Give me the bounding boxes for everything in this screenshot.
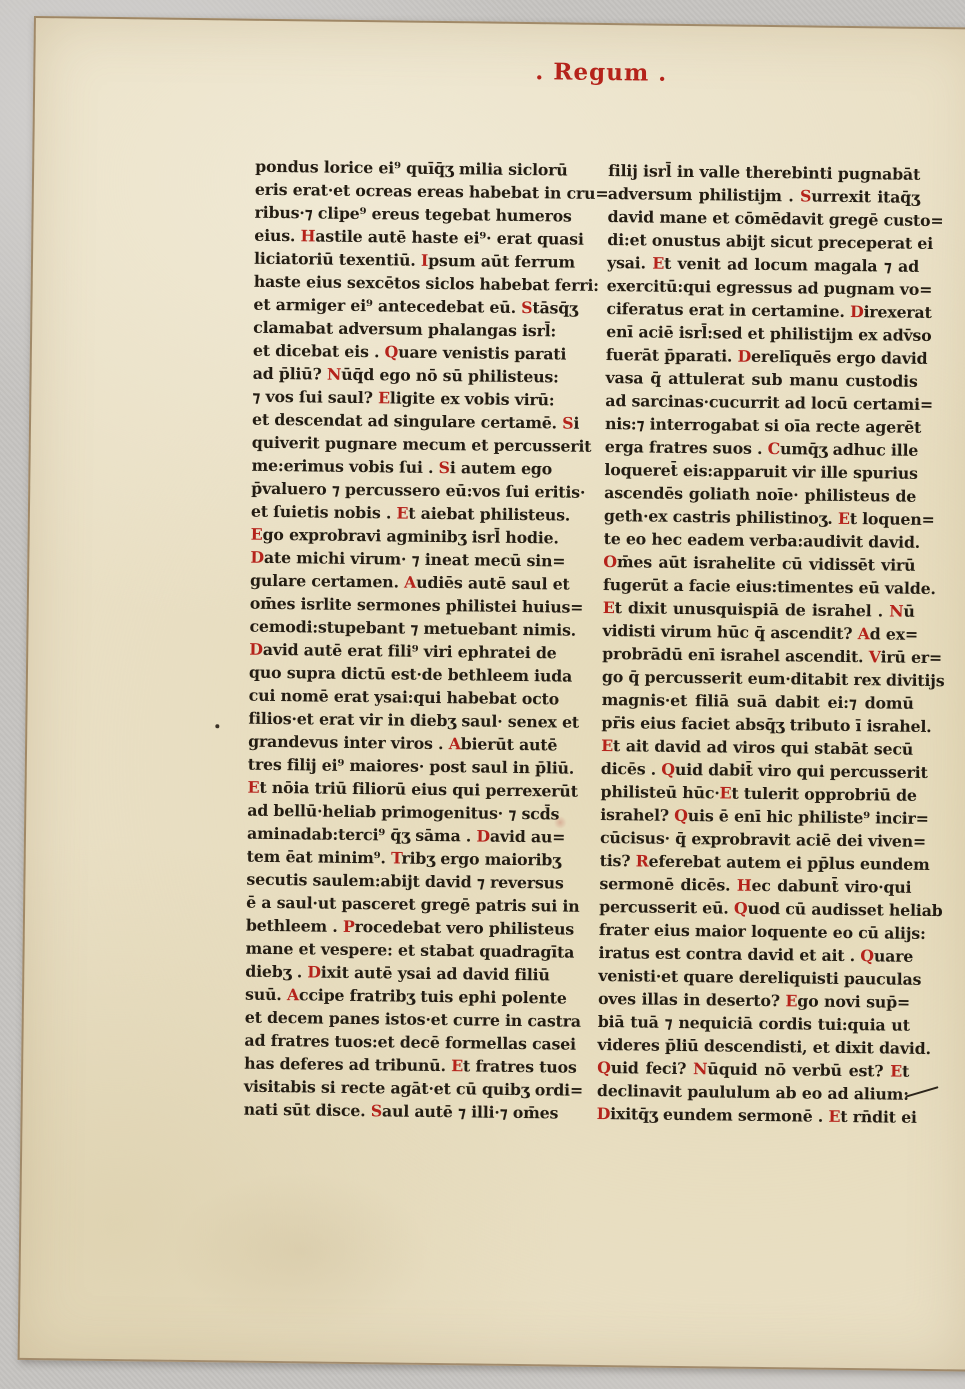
line-text: go novi sup̄= bbox=[797, 991, 910, 1011]
line-text: ad p̄liū? bbox=[253, 364, 328, 384]
line-text: me:erimus vobis ſui . bbox=[251, 456, 438, 477]
line-text: avid autē erat fili⁹ viri ephratei de bbox=[263, 640, 557, 663]
line-text: grandevus inter viros . bbox=[248, 732, 449, 753]
rubricated-initial: D bbox=[307, 962, 321, 981]
line-text: percusserit eū. bbox=[599, 897, 734, 918]
line-text: et dicebat eis . bbox=[253, 341, 385, 362]
line-text: ūquid nō verbū est? bbox=[707, 1059, 890, 1080]
line-text: loqueret̄ eis:apparuit vir ille spurius bbox=[604, 460, 918, 483]
line-text: eferebat autem ei pp̄lus eundem bbox=[648, 852, 929, 874]
line-text: filios·et erat vir in diebʒ saul· senex … bbox=[248, 709, 579, 732]
rubricated-initial: E bbox=[247, 778, 259, 797]
line-text: ccipe fratribʒ tuis ephi polente bbox=[299, 985, 567, 1007]
scanner-background: . Regum . pondus lorice ei⁹ quīq̄ʒ milia… bbox=[0, 0, 965, 1389]
line-text: tāsq̄ʒ bbox=[532, 298, 578, 318]
rubricated-initial: A bbox=[858, 624, 870, 643]
line-text: di:et onustus abijt sicut preceperat ei bbox=[607, 230, 933, 253]
line-text: vidisti virum hūc q̄ ascendit? bbox=[602, 621, 857, 643]
rubricated-initial: R bbox=[636, 851, 649, 870]
pen-stroke bbox=[905, 1086, 938, 1097]
line-text: go exprobravi agminibʒ isrl̄ hodie. bbox=[262, 525, 558, 548]
line-text: aminadab:terci⁹ q̄ʒ sāma . bbox=[247, 824, 477, 846]
rubricated-initial: N bbox=[693, 1059, 707, 1078]
line-text: oves illas in deserto? bbox=[598, 989, 786, 1010]
line-text: uid dabit̄ viro qui percusserit bbox=[675, 760, 928, 782]
line-text: nati sūt disce. bbox=[244, 1100, 371, 1121]
line-text: ribus·⁊ clipe⁹ ereus tegebat humeros bbox=[255, 203, 572, 226]
text-line: nati sūt disce. Saul autē ⁊ illi·⁊ om̄es bbox=[244, 1098, 544, 1125]
line-text: visitabis si recte agāt·et cū quibʒ ordi… bbox=[244, 1077, 583, 1100]
line-text: m̄es aūt israhelite cū vidissēt virū bbox=[617, 552, 916, 575]
line-text: diebʒ . bbox=[245, 962, 307, 982]
rubricated-initial: E bbox=[251, 525, 263, 544]
line-text: ad fratres tuos:et decē formellas casei bbox=[244, 1031, 576, 1054]
line-text: tis? bbox=[600, 851, 636, 870]
rubricated-initial: S bbox=[562, 413, 573, 432]
line-text: fugerūt a facie eius:timentes eū valde. bbox=[603, 575, 936, 598]
line-text: geth·ex castris philistinoʒ. bbox=[604, 506, 838, 528]
line-text: ixit autē ysai ad david filiū bbox=[321, 963, 550, 985]
line-text: t rn̄dit ei bbox=[840, 1107, 917, 1127]
line-text: cūcisus· q̄ exprobravit aciē dei viven= bbox=[600, 828, 926, 851]
rubricated-initial: S bbox=[371, 1101, 382, 1120]
text-line: Dixitq̄ʒ eundem sermonē . Et rn̄dit ei bbox=[596, 1102, 908, 1129]
line-text: irexerat bbox=[863, 302, 931, 322]
line-text: eius. bbox=[254, 226, 300, 246]
line-text: t dixit unusquispiā de israhel . bbox=[615, 598, 890, 620]
line-text: cui nomē erat ysai:qui habebat octo bbox=[249, 686, 560, 709]
parchment-discoloration bbox=[170, 1170, 432, 1333]
rubricated-initial: E bbox=[451, 1056, 463, 1075]
line-text: mane et vespere: et stabat quadragīta bbox=[246, 939, 575, 962]
line-text: rocedebat vero philisteus bbox=[354, 917, 574, 939]
line-text: filij isrl̄ in valle therebinti pugnabāt bbox=[608, 161, 920, 184]
line-text: et ſuietis nobis . bbox=[251, 502, 397, 523]
rubricated-initial: D bbox=[850, 302, 864, 321]
line-text: t loquen= bbox=[850, 509, 935, 529]
line-text: tres filij ei⁹ maiores· post saul in p̄l… bbox=[248, 755, 575, 778]
line-text: david mane et cōmēdavit gregē custo= bbox=[607, 207, 943, 230]
line-text: frater eius maior loquente eo cū alijs: bbox=[599, 920, 926, 943]
text-column-right: filij isrl̄ in valle therebinti pugnabāt… bbox=[596, 159, 920, 1129]
line-text: fuerāt p̄parati. bbox=[606, 345, 738, 366]
line-text: ⁊ vos ſui saul? bbox=[252, 387, 378, 408]
rubricated-initial: Q bbox=[674, 806, 688, 825]
rubricated-initial: D bbox=[476, 826, 490, 845]
text-column-left: pondus lorice ei⁹ quīq̄ʒ milia siclorūer… bbox=[244, 155, 556, 1125]
line-text: tem ēat minim⁹. bbox=[247, 847, 392, 868]
rubricated-initial: E bbox=[785, 991, 797, 1010]
line-text: uod cū audisset heliab bbox=[747, 899, 942, 920]
rubricated-initial: D bbox=[597, 1104, 611, 1123]
line-text: urrexit itaq̄ʒ bbox=[811, 187, 920, 207]
rubricated-initial: D bbox=[250, 548, 264, 567]
rubricated-initial: Q bbox=[734, 899, 748, 918]
line-text: udiēs autē saul et bbox=[416, 573, 570, 594]
line-text: vasa q̄ attulerat sub manu custodis bbox=[606, 368, 918, 391]
rubricated-initial: Q bbox=[384, 342, 398, 361]
line-text: go q̄ percusserit eum·ditabit rex diviti… bbox=[602, 667, 945, 690]
rubricated-initial: E bbox=[652, 254, 664, 273]
rubricated-initial: A bbox=[404, 573, 416, 592]
rubricated-initial: E bbox=[396, 503, 408, 522]
rubricated-initial: E bbox=[890, 1062, 902, 1081]
line-text: videres p̄liū descendisti, et dixit davi… bbox=[597, 1035, 931, 1058]
line-text: cemodi:stupebant ⁊ metuebant nimis. bbox=[249, 617, 576, 640]
line-text: bierūt autē bbox=[461, 734, 558, 754]
line-text: biā tuā ⁊ nequiciā cordis tui:quia ut bbox=[598, 1012, 910, 1035]
line-text: ysai. bbox=[607, 253, 652, 273]
rubricated-initial: T bbox=[391, 848, 402, 867]
line-text: te eo hec eadem verba:audivit david. bbox=[604, 529, 921, 552]
line-text: erelīquēs ergo david bbox=[751, 347, 928, 368]
line-text: probrādū enī israhel ascendit. bbox=[602, 644, 869, 666]
line-text: exercitū:qui egressus ad pugnam vo= bbox=[607, 276, 933, 299]
line-text: quiverit pugnare mecum et percusserit bbox=[252, 433, 592, 456]
rubricated-initial: E bbox=[378, 388, 390, 407]
line-text: t tulerit opprobriū de bbox=[731, 784, 917, 805]
line-text: ad bellū·heliab primogenitus· ⁊ scd̄s bbox=[247, 801, 559, 824]
line-text: aul autē ⁊ illi·⁊ om̄es bbox=[382, 1101, 559, 1122]
rubricated-initial: P bbox=[343, 917, 355, 936]
line-text: gulare certamen. bbox=[250, 571, 404, 592]
line-text: ē a saul·ut pasceret gregē patris sui in bbox=[246, 893, 580, 916]
line-text: ūq̄d ego nō sū philisteus: bbox=[341, 365, 559, 387]
line-text: i autem ego bbox=[450, 458, 552, 478]
line-text: ū bbox=[903, 602, 915, 621]
line-text: t nōia triū filiorū eius qui perrexerūt bbox=[259, 778, 578, 801]
rubricated-initial: V bbox=[869, 647, 881, 666]
line-text: enī aciē isrl̄:sed et philistijm ex adv̄… bbox=[606, 322, 932, 345]
rubricated-initial: H bbox=[737, 876, 752, 895]
line-text: suū. bbox=[245, 985, 287, 1005]
line-text: ribʒ ergo maioribʒ bbox=[401, 849, 561, 870]
line-text: t aiebat philisteus. bbox=[408, 504, 570, 525]
line-text: et decem panes istos·et curre in castra bbox=[245, 1008, 581, 1031]
line-text: israhel? bbox=[600, 805, 674, 825]
line-text: et armiger ei⁹ antecedebat eū. bbox=[253, 295, 521, 317]
line-text: ad sarcinas·cucurrit ad locū certami= bbox=[605, 391, 933, 414]
rubricated-initial: E bbox=[603, 598, 615, 617]
line-text: t bbox=[902, 1062, 909, 1081]
rubricated-initial: E bbox=[720, 783, 732, 802]
line-text: uid feci? bbox=[611, 1058, 694, 1078]
line-text: t venit ad locum magala ⁊ ad bbox=[664, 254, 919, 276]
rubricated-initial: E bbox=[828, 1107, 840, 1126]
line-text: i bbox=[573, 414, 579, 433]
rubricated-initial: N bbox=[327, 365, 341, 384]
rubricated-initial: D bbox=[249, 640, 263, 659]
rubricated-initial: C bbox=[768, 439, 781, 458]
line-text: haste eius sexcētos siclos habebat ferri… bbox=[254, 272, 599, 295]
line-text: ixitq̄ʒ eundem sermonē . bbox=[610, 1104, 829, 1126]
line-text: et descendat ad singulare certamē. bbox=[252, 410, 562, 433]
rubricated-initial: A bbox=[449, 734, 461, 753]
line-text: uare venistis parati bbox=[398, 342, 566, 363]
line-text: pr̄is eius faciet absq̄ʒ tributo ī israh… bbox=[601, 713, 931, 736]
line-text: astile autē haste ei⁹· erat quasi bbox=[315, 226, 584, 248]
line-text: ec dabunt̄ viro·qui bbox=[751, 876, 911, 897]
line-text: liciatoriū texentiū. bbox=[254, 249, 421, 270]
line-text: quo supra dictū est·de bethleem iuda bbox=[249, 663, 572, 686]
line-text: ascendēs goliath noīe· philisteus de bbox=[604, 483, 916, 506]
line-text: ciferatus erat in certamine. bbox=[606, 299, 850, 321]
running-title: . Regum . bbox=[535, 58, 667, 87]
line-text: erga fratres suos . bbox=[605, 437, 768, 458]
rubricated-initial: Q bbox=[860, 946, 874, 965]
line-text: secutis saulem:abijt david ⁊ reversus bbox=[246, 870, 563, 893]
rubricated-initial: E bbox=[838, 509, 850, 528]
rubricated-initial: S bbox=[521, 298, 532, 317]
line-text: avid au= bbox=[490, 827, 566, 847]
line-text: nis:⁊ interrogabat si oīa recte agerēt bbox=[605, 414, 921, 437]
line-text: has deferes ad tribunū. bbox=[244, 1054, 451, 1076]
line-text: umq̄ʒ adhuc ille bbox=[780, 439, 918, 460]
line-text: sermonē dicēs. bbox=[599, 874, 737, 895]
line-text: eris erat·et ocreas ereas habebat in cru… bbox=[255, 180, 609, 203]
line-text: magnis·et filiā suā dabit ei:⁊ domū bbox=[602, 690, 914, 713]
rubricated-initial: S bbox=[439, 458, 450, 477]
line-text: p̄valuero ⁊ percussero eū:vos ſui eritis… bbox=[251, 479, 585, 502]
line-text: uare bbox=[874, 946, 914, 965]
rubricated-initial: E bbox=[601, 736, 613, 755]
rubricated-initial: Q bbox=[597, 1058, 611, 1077]
line-text: dicēs . bbox=[601, 759, 662, 779]
rubricated-initial: N bbox=[889, 601, 903, 620]
line-text: bethleem . bbox=[246, 916, 343, 936]
line-text: om̄es isrlite sermones philistei huius= bbox=[250, 594, 584, 617]
line-text: adversum philistijm . bbox=[608, 184, 800, 205]
line-text: iratus est contra david et ait . bbox=[598, 943, 860, 965]
rubricated-initial: O bbox=[603, 552, 617, 571]
rubricated-initial: H bbox=[300, 226, 315, 245]
line-text: pondus lorice ei⁹ quīq̄ʒ milia siclorū bbox=[255, 157, 568, 180]
line-text: t ait david ad viros qui stabāt secū bbox=[613, 736, 913, 759]
rubricated-initial: A bbox=[287, 985, 299, 1004]
line-text: ligite ex vobis virū: bbox=[390, 388, 555, 409]
rubricated-initial: D bbox=[737, 347, 751, 366]
line-text: d ex= bbox=[870, 624, 918, 644]
line-text: clamabat adversum phalangas isrl̄: bbox=[253, 318, 556, 341]
rubricated-initial: Q bbox=[661, 760, 675, 779]
line-text: philisteū hūc· bbox=[600, 782, 719, 802]
line-text: declinavit paululum ab eo ad alium: bbox=[597, 1081, 909, 1104]
line-text: psum aūt ferrum bbox=[428, 251, 575, 272]
line-text: ate michi virum· ⁊ ineat mecū sin= bbox=[264, 548, 566, 571]
line-text: t fratres tuos bbox=[463, 1056, 577, 1076]
manuscript-page: . Regum . pondus lorice ei⁹ quīq̄ʒ milia… bbox=[18, 16, 965, 1372]
line-text: venisti·et quare dereliquisti pauculas bbox=[598, 966, 921, 989]
line-text: irū er= bbox=[880, 647, 942, 667]
rubricated-initial: S bbox=[800, 186, 811, 205]
line-text: uis ē enī hic philiste⁹ incir= bbox=[688, 806, 929, 828]
ink-speck bbox=[215, 724, 219, 728]
